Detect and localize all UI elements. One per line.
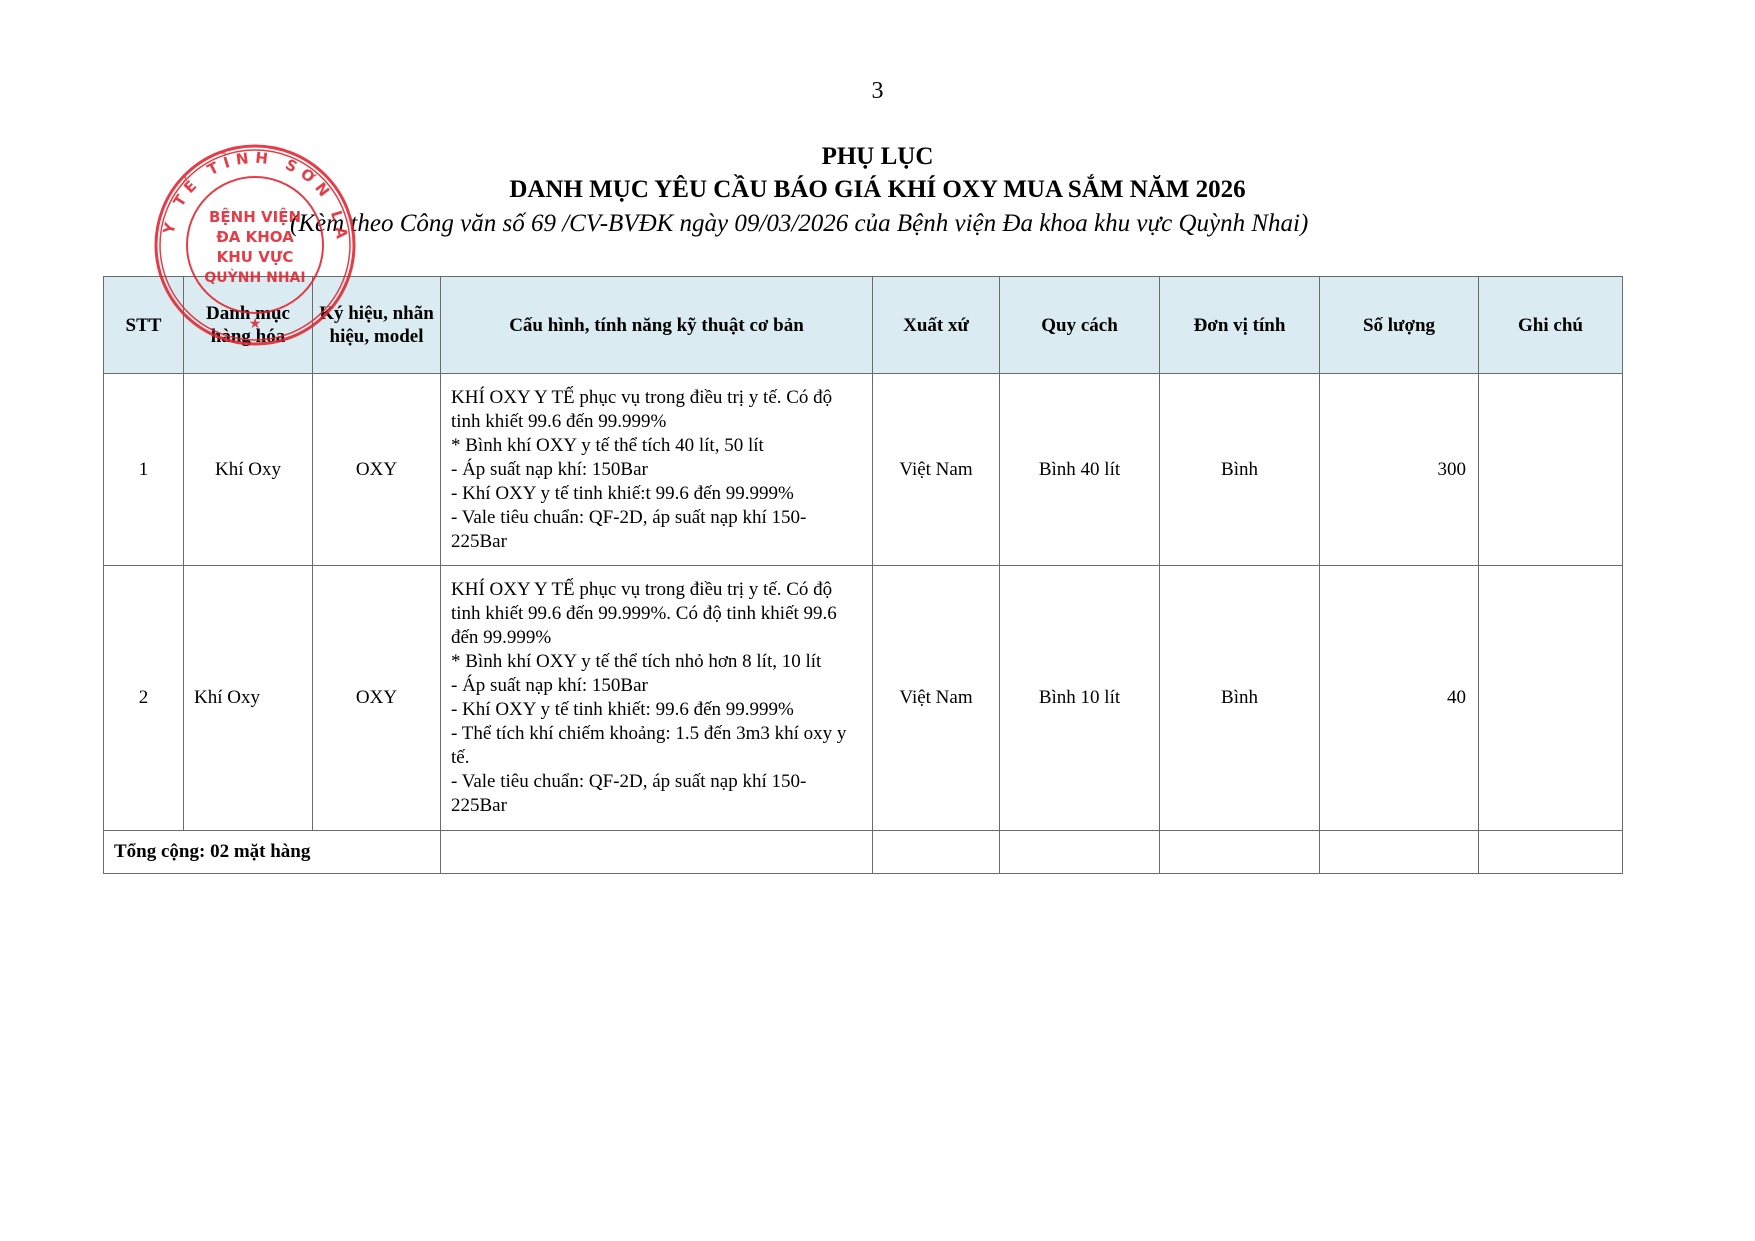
spec-line: KHÍ OXY Y TẾ phục vụ trong điều trị y tế… <box>451 386 862 434</box>
spec-line: - Áp suất nạp khí: 150Bar <box>451 674 862 698</box>
cell-quantity: 300 <box>1320 374 1479 566</box>
page-number: 3 <box>0 78 1755 105</box>
column-header-model: Ký hiệu, nhãn hiệu, model <box>313 277 441 374</box>
column-header-note: Ghi chú <box>1479 277 1623 374</box>
total-label: Tổng cộng: 02 mặt hàng <box>104 831 441 874</box>
cell-spec: KHÍ OXY Y TẾ phục vụ trong điều trị y tế… <box>441 374 873 566</box>
table-row: 2 Khí Oxy OXY KHÍ OXY Y TẾ phục vụ trong… <box>104 566 1623 831</box>
cell-stt: 1 <box>104 374 184 566</box>
spec-line: KHÍ OXY Y TẾ phục vụ trong điều trị y tế… <box>451 578 862 650</box>
stamp-line: BỆNH VIỆN <box>209 206 301 226</box>
spec-line: - Khí OXY y tế tinh khiết: 99.6 đến 99.9… <box>451 698 862 722</box>
cell-model: OXY <box>313 566 441 831</box>
cell-spec: KHÍ OXY Y TẾ phục vụ trong điều trị y tế… <box>441 566 873 831</box>
total-cell-spec <box>441 831 873 874</box>
cell-item: Khí Oxy <box>184 566 313 831</box>
spec-line: - Khí OXY y tế tinh khiế:t 99.6 đến 99.9… <box>451 482 862 506</box>
spec-line: * Bình khí OXY y tế thể tích nhỏ hơn 8 l… <box>451 650 862 674</box>
table-total-row: Tổng cộng: 02 mặt hàng <box>104 831 1623 874</box>
total-cell-origin <box>873 831 1000 874</box>
cell-note <box>1479 374 1623 566</box>
column-header-origin: Xuất xứ <box>873 277 1000 374</box>
column-header-quantity: Số lượng <box>1320 277 1479 374</box>
cell-unit: Bình <box>1160 566 1320 831</box>
cell-stt: 2 <box>104 566 184 831</box>
spec-line: - Thể tích khí chiếm khoảng: 1.5 đến 3m3… <box>451 722 862 770</box>
spec-line: - Vale tiêu chuẩn: QF-2D, áp suất nạp kh… <box>451 770 862 818</box>
cell-packing: Bình 40 lít <box>1000 374 1160 566</box>
document-reference: (Kèm theo Công văn số 69 /CV-BVĐK ngày 0… <box>290 210 1480 238</box>
stamp-line: ĐA KHOA <box>216 228 294 246</box>
spec-line: - Áp suất nạp khí: 150Bar <box>451 458 862 482</box>
document-title: PHỤ LỤC <box>0 143 1755 171</box>
stamp-line: KHU VỰC <box>217 248 294 266</box>
total-cell-unit <box>1160 831 1320 874</box>
column-header-spec: Cấu hình, tính năng kỹ thuật cơ bản <box>441 277 873 374</box>
document-subtitle: DANH MỤC YÊU CẦU BÁO GIÁ KHÍ OXY MUA SẮM… <box>0 176 1755 204</box>
cell-item: Khí Oxy <box>184 374 313 566</box>
table-row: 1 Khí Oxy OXY KHÍ OXY Y TẾ phục vụ trong… <box>104 374 1623 566</box>
quotation-table: STT Danh mục hàng hóa Ký hiệu, nhãn hiệu… <box>103 276 1623 874</box>
cell-origin: Việt Nam <box>873 374 1000 566</box>
total-cell-packing <box>1000 831 1160 874</box>
column-header-stt: STT <box>104 277 184 374</box>
cell-model: OXY <box>313 374 441 566</box>
cell-packing: Bình 10 lít <box>1000 566 1160 831</box>
cell-unit: Bình <box>1160 374 1320 566</box>
column-header-packing: Quy cách <box>1000 277 1160 374</box>
cell-quantity: 40 <box>1320 566 1479 831</box>
spec-line: * Bình khí OXY y tế thể tích 40 lít, 50 … <box>451 434 862 458</box>
table-header-row: STT Danh mục hàng hóa Ký hiệu, nhãn hiệu… <box>104 277 1623 374</box>
column-header-item: Danh mục hàng hóa <box>184 277 313 374</box>
cell-note <box>1479 566 1623 831</box>
total-cell-quantity <box>1320 831 1479 874</box>
cell-origin: Việt Nam <box>873 566 1000 831</box>
total-cell-note <box>1479 831 1623 874</box>
spec-line: - Vale tiêu chuẩn: QF-2D, áp suất nạp kh… <box>451 506 862 554</box>
column-header-unit: Đơn vị tính <box>1160 277 1320 374</box>
